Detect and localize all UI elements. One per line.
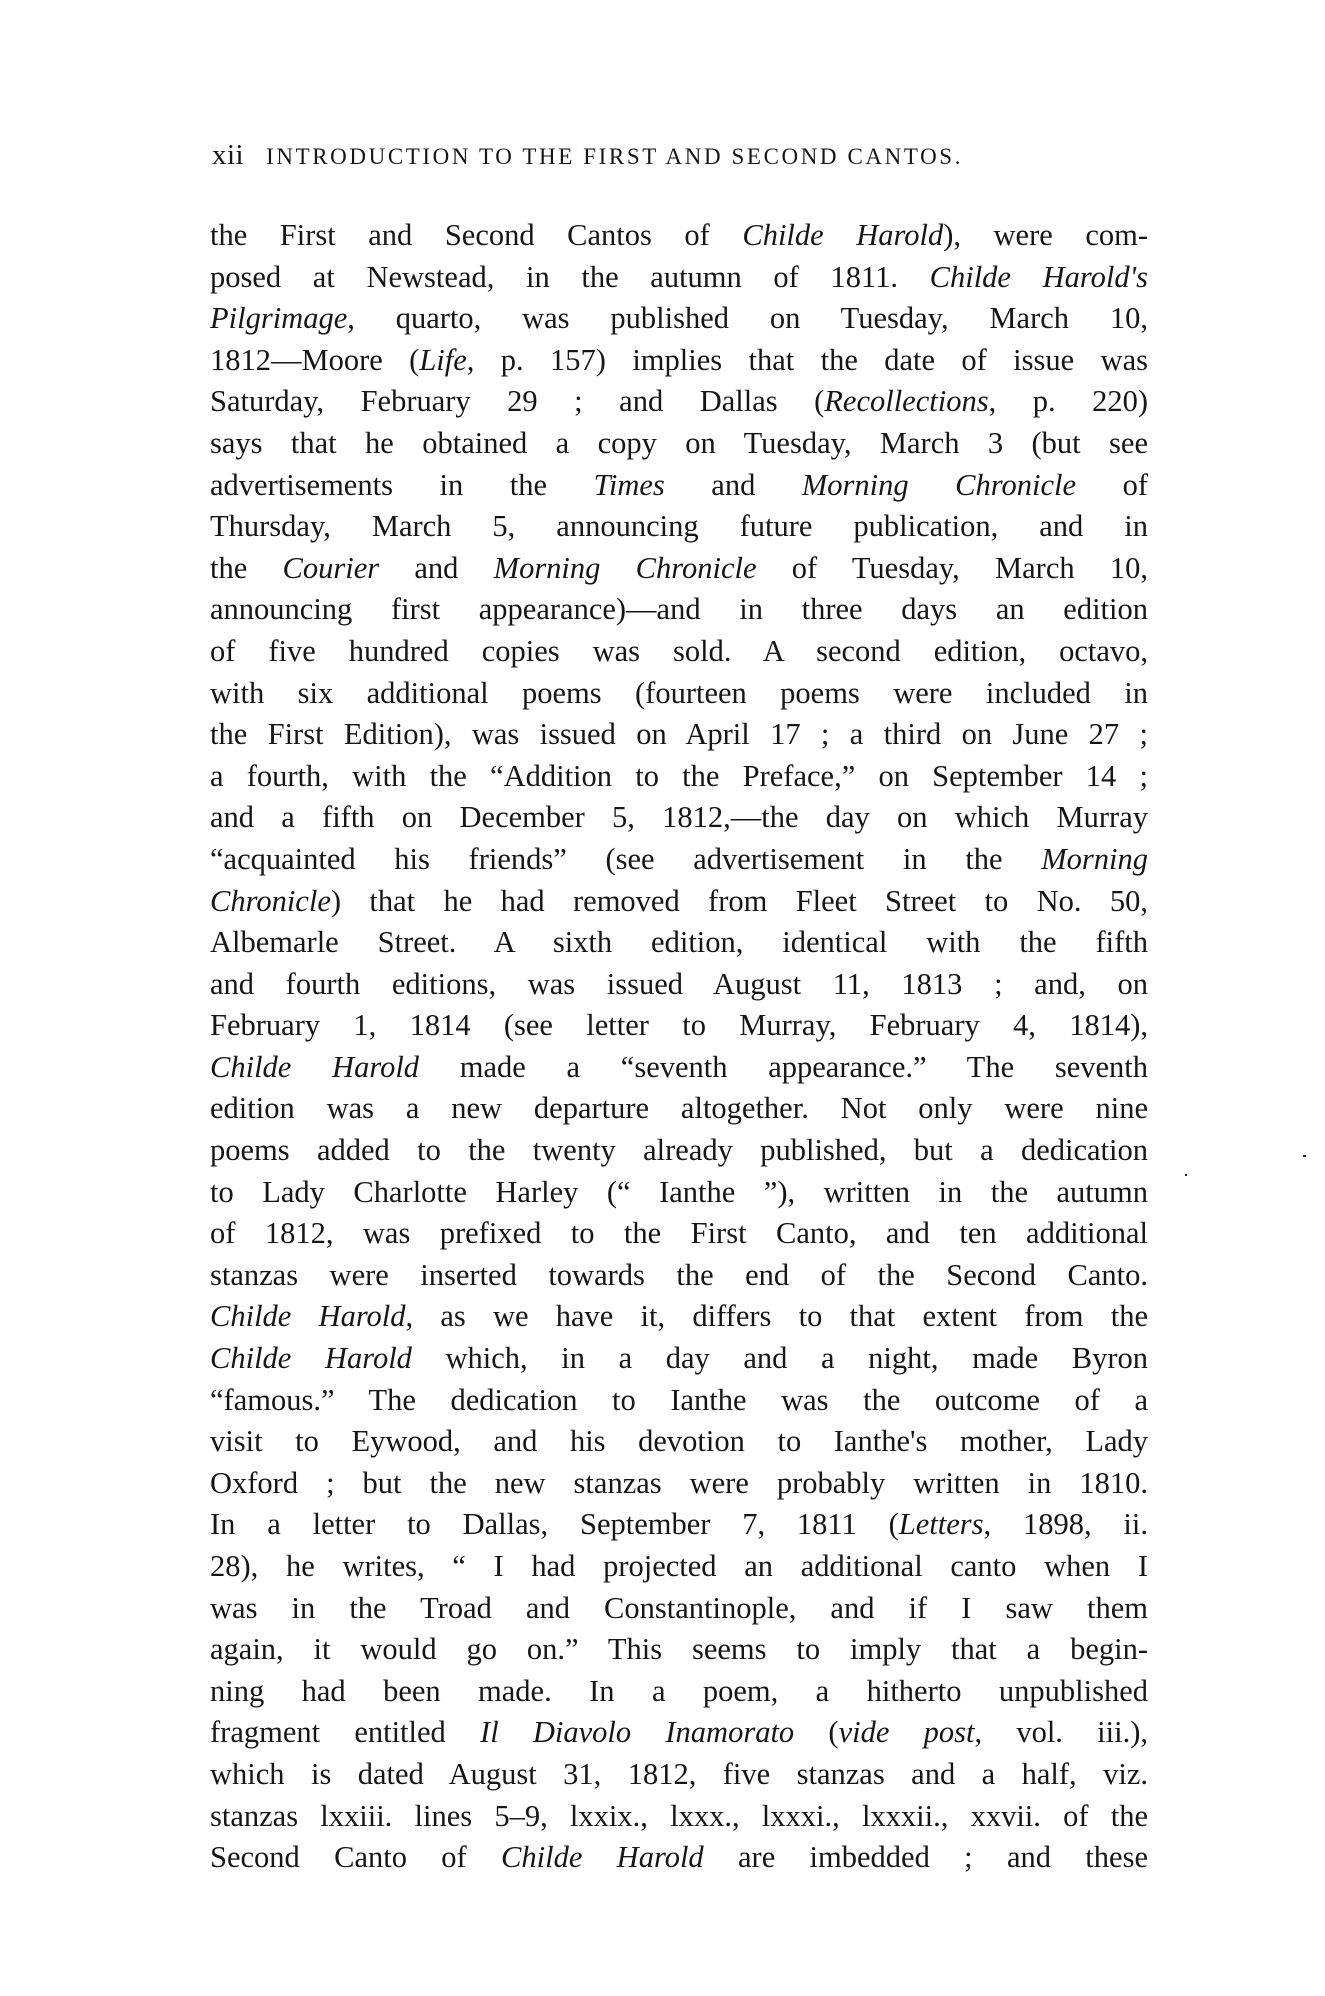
text-run: advertisements in the: [210, 468, 594, 502]
italic-title: Recollections: [824, 384, 988, 418]
text-run: a fourth, with the “Addition to the Pref…: [210, 759, 1148, 793]
text-run: ) that he had removed from Fleet Street …: [331, 884, 1148, 918]
text-line: stanzas lxxiii. lines 5–9, lxxix., lxxx.…: [210, 1796, 1148, 1838]
text-line: Chronicle) that he had removed from Flee…: [210, 881, 1148, 923]
text-run: In a letter to Dallas, September 7, 1811…: [210, 1507, 899, 1541]
text-run: 28), he writes, “ I had projected an add…: [210, 1549, 1148, 1583]
text-run: , as we have it, differs to that extent …: [406, 1299, 1148, 1333]
margin-speck: [1185, 1174, 1187, 1176]
text-line: Saturday, February 29 ; and Dallas (Reco…: [210, 381, 1148, 423]
text-line: ning had been made. In a poem, a hithert…: [210, 1671, 1148, 1713]
text-line: of five hundred copies was sold. A secon…: [210, 631, 1148, 673]
text-run: Second Canto of: [210, 1840, 501, 1874]
text-line: of 1812, was prefixed to the First Canto…: [210, 1213, 1148, 1255]
text-run: posed at Newstead, in the autumn of 1811…: [210, 260, 930, 294]
text-line: February 1, 1814 (see letter to Murray, …: [210, 1005, 1148, 1047]
text-line: edition was a new departure altogether. …: [210, 1088, 1148, 1130]
text-run: visit to Eywood, and his devotion to Ian…: [210, 1424, 1148, 1458]
text-line: 28), he writes, “ I had projected an add…: [210, 1546, 1148, 1588]
text-run: , p. 157) implies that the date of issue…: [467, 343, 1148, 377]
text-line: was in the Troad and Constantinople, and…: [210, 1588, 1148, 1630]
text-run: which, in a day and a night, made Byron: [412, 1341, 1148, 1375]
text-run: , vol. iii.),: [974, 1715, 1148, 1749]
italic-title: Childe Harold's: [930, 260, 1148, 294]
text-run: “acquainted his friends” (see advertisem…: [210, 842, 1041, 876]
text-run: ), were com-: [943, 218, 1148, 252]
text-run: poems added to the twenty already publis…: [210, 1133, 1148, 1167]
margin-speck: [1303, 1155, 1306, 1157]
italic-title: Morning Chronicle: [494, 551, 757, 585]
running-head: xii INTRODUCTION TO THE FIRST AND SECOND…: [212, 139, 1152, 175]
text-line: “famous.” The dedication to Ianthe was t…: [210, 1380, 1148, 1422]
italic-title: vide post: [839, 1715, 975, 1749]
text-line: posed at Newstead, in the autumn of 1811…: [210, 257, 1148, 299]
italic-title: Childe Harold: [210, 1050, 419, 1084]
text-run: , 1898, ii.: [984, 1507, 1148, 1541]
text-run: , p. 220): [989, 384, 1148, 418]
text-run: ning had been made. In a poem, a hithert…: [210, 1674, 1148, 1708]
text-run: of: [1076, 468, 1148, 502]
text-line: Childe Harold which, in a day and a nigh…: [210, 1338, 1148, 1380]
text-line: In a letter to Dallas, September 7, 1811…: [210, 1504, 1148, 1546]
italic-title: Morning Chronicle: [802, 468, 1076, 502]
text-run: stanzas were inserted towards the end of…: [210, 1258, 1148, 1292]
italic-title: Childe Harold: [742, 218, 943, 252]
text-line: and fourth editions, was issued August 1…: [210, 964, 1148, 1006]
text-line: and a fifth on December 5, 1812,—the day…: [210, 797, 1148, 839]
text-run: announcing first appearance)—and in thre…: [210, 592, 1148, 626]
text-run: Oxford ; but the new stanzas were probab…: [210, 1466, 1148, 1500]
text-run: was in the Troad and Constantinople, and…: [210, 1591, 1148, 1625]
text-line: 1812—Moore (Life, p. 157) implies that t…: [210, 340, 1148, 382]
text-run: says that he obtained a copy on Tuesday,…: [210, 426, 1148, 460]
text-run: 1812—Moore (: [210, 343, 419, 377]
text-line: fragment entitled Il Diavolo Inamorato (…: [210, 1712, 1148, 1754]
text-line: “acquainted his friends” (see advertisem…: [210, 839, 1148, 881]
text-line: stanzas were inserted towards the end of…: [210, 1255, 1148, 1297]
italic-title: Morning: [1041, 842, 1148, 876]
text-run: Saturday, February 29 ; and Dallas (: [210, 384, 824, 418]
text-run: with six additional poems (fourteen poem…: [210, 676, 1148, 710]
italic-title: Courier: [283, 551, 380, 585]
text-run: and: [665, 468, 802, 502]
text-run: made a “seventh appearance.” The seventh: [419, 1050, 1148, 1084]
text-run: and fourth editions, was issued August 1…: [210, 967, 1148, 1001]
body-paragraph: the First and Second Cantos of Childe Ha…: [210, 215, 1148, 1879]
text-run: stanzas lxxiii. lines 5–9, lxxix., lxxx.…: [210, 1799, 1148, 1833]
text-run: of five hundred copies was sold. A secon…: [210, 634, 1148, 668]
text-line: Pilgrimage, quarto, was published on Tue…: [210, 298, 1148, 340]
book-page: xii INTRODUCTION TO THE FIRST AND SECOND…: [0, 0, 1325, 1996]
text-line: to Lady Charlotte Harley (“ Ianthe ”), w…: [210, 1172, 1148, 1214]
text-run: February 1, 1814 (see letter to Murray, …: [210, 1008, 1148, 1042]
italic-title: Il Diavolo Inamorato: [480, 1715, 794, 1749]
text-line: Oxford ; but the new stanzas were probab…: [210, 1463, 1148, 1505]
page-number: xii: [212, 139, 244, 172]
italic-title: Pilgrimage: [210, 301, 347, 335]
text-run: , quarto, was published on Tuesday, Marc…: [347, 301, 1148, 335]
text-line: Second Canto of Childe Harold are imbedd…: [210, 1837, 1148, 1879]
text-run: the: [210, 551, 283, 585]
running-head-title: INTRODUCTION TO THE FIRST AND SECOND CAN…: [266, 144, 963, 170]
text-line: a fourth, with the “Addition to the Pref…: [210, 756, 1148, 798]
text-line: the Courier and Morning Chronicle of Tue…: [210, 548, 1148, 590]
text-run: fragment entitled: [210, 1715, 480, 1749]
text-line: announcing first appearance)—and in thre…: [210, 589, 1148, 631]
italic-title: Childe Harold: [210, 1341, 412, 1375]
text-run: and: [379, 551, 494, 585]
text-run: and a fifth on December 5, 1812,—the day…: [210, 800, 1148, 834]
text-line: Thursday, March 5, announcing future pub…: [210, 506, 1148, 548]
italic-title: Chronicle: [210, 884, 331, 918]
text-line: advertisements in the Times and Morning …: [210, 465, 1148, 507]
italic-title: Times: [594, 468, 665, 502]
text-line: the First and Second Cantos of Childe Ha…: [210, 215, 1148, 257]
text-run: of 1812, was prefixed to the First Canto…: [210, 1216, 1148, 1250]
text-run: to Lady Charlotte Harley (“ Ianthe ”), w…: [210, 1175, 1148, 1209]
italic-title: Childe Harold: [501, 1840, 704, 1874]
text-line: Childe Harold, as we have it, differs to…: [210, 1296, 1148, 1338]
italic-title: Childe Harold: [210, 1299, 406, 1333]
text-line: the First Edition), was issued on April …: [210, 714, 1148, 756]
text-run: again, it would go on.” This seems to im…: [210, 1632, 1148, 1666]
text-line: which is dated August 31, 1812, five sta…: [210, 1754, 1148, 1796]
text-line: Albemarle Street. A sixth edition, ident…: [210, 922, 1148, 964]
text-line: says that he obtained a copy on Tuesday,…: [210, 423, 1148, 465]
text-line: poems added to the twenty already publis…: [210, 1130, 1148, 1172]
text-line: Childe Harold made a “seventh appearance…: [210, 1047, 1148, 1089]
text-run: “famous.” The dedication to Ianthe was t…: [210, 1383, 1148, 1417]
text-run: (: [794, 1715, 838, 1749]
text-line: again, it would go on.” This seems to im…: [210, 1629, 1148, 1671]
text-run: are imbedded ; and these: [704, 1840, 1148, 1874]
text-run: of Tuesday, March 10,: [757, 551, 1148, 585]
italic-title: Letters: [899, 1507, 984, 1541]
italic-title: Life: [419, 343, 466, 377]
text-run: edition was a new departure altogether. …: [210, 1091, 1148, 1125]
text-line: with six additional poems (fourteen poem…: [210, 673, 1148, 715]
text-run: Albemarle Street. A sixth edition, ident…: [210, 925, 1148, 959]
text-run: the First Edition), was issued on April …: [210, 717, 1148, 751]
text-run: the First and Second Cantos of: [210, 218, 742, 252]
text-run: Thursday, March 5, announcing future pub…: [210, 509, 1148, 543]
text-run: which is dated August 31, 1812, five sta…: [210, 1757, 1148, 1791]
text-line: visit to Eywood, and his devotion to Ian…: [210, 1421, 1148, 1463]
